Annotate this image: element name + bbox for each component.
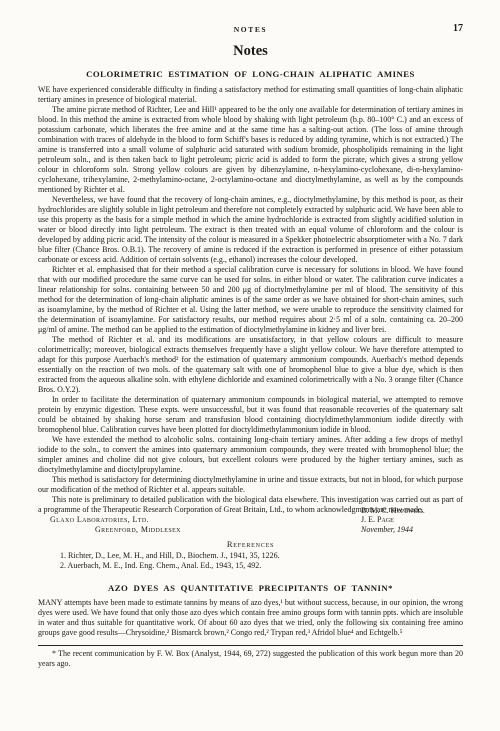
footnote-text: * The recent communication by F. W. Box … — [38, 649, 463, 669]
footnote-divider — [38, 645, 463, 646]
article1-paragraph: Richter et al. emphasised that for their… — [38, 265, 463, 335]
references-heading: References — [38, 539, 463, 549]
article1-title: COLORIMETRIC ESTIMATION OF LONG-CHAIN AL… — [38, 69, 463, 79]
signature-block: B. M. C. Hopewell Glaxo Laboratories, Lt… — [38, 506, 463, 535]
author-name: B. M. C. Hopewell — [361, 506, 463, 516]
article1-paragraph: We have extended the method to alcoholic… — [38, 435, 463, 475]
article1-paragraph: This method is satisfactory for determin… — [38, 475, 463, 495]
article2-paragraph: MANY attempts have been made to estimate… — [38, 598, 463, 638]
author-name: J. E. Page — [361, 515, 463, 525]
article1-paragraph: Nevertheless, we have found that the rec… — [38, 195, 463, 265]
reference-item: 1. Richter, D., Lee, M. H., and Hill, D.… — [38, 551, 463, 561]
signature-spacer — [38, 506, 361, 516]
article1-paragraph: In order to facilitate the determination… — [38, 395, 463, 435]
article-date: November, 1944 — [342, 525, 463, 535]
journal-page: NOTES 17 Notes COLORIMETRIC ESTIMATION O… — [0, 0, 500, 731]
article1-paragraph: The method of Richter et al. and its mod… — [38, 335, 463, 395]
reference-item: 2. Auerbach, M. E., Ind. Eng. Chem., Ana… — [38, 561, 463, 571]
article1-paragraph: The amine picrate method of Richter, Lee… — [38, 105, 463, 195]
notes-section-title: Notes — [38, 43, 463, 60]
page-number: 17 — [453, 23, 463, 34]
running-head: NOTES 17 — [38, 25, 463, 36]
running-head-title: NOTES — [38, 25, 463, 34]
affiliation-line: Greenford, Middlesex — [38, 525, 342, 535]
affiliation-line: Glaxo Laboratories, Ltd. — [38, 515, 361, 525]
references-section: References 1. Richter, D., Lee, M. H., a… — [38, 539, 463, 571]
article1-paragraph: WE have experienced considerable difficu… — [38, 85, 463, 105]
article2-title: AZO DYES AS QUANTITATIVE PRECIPITANTS OF… — [38, 583, 463, 593]
